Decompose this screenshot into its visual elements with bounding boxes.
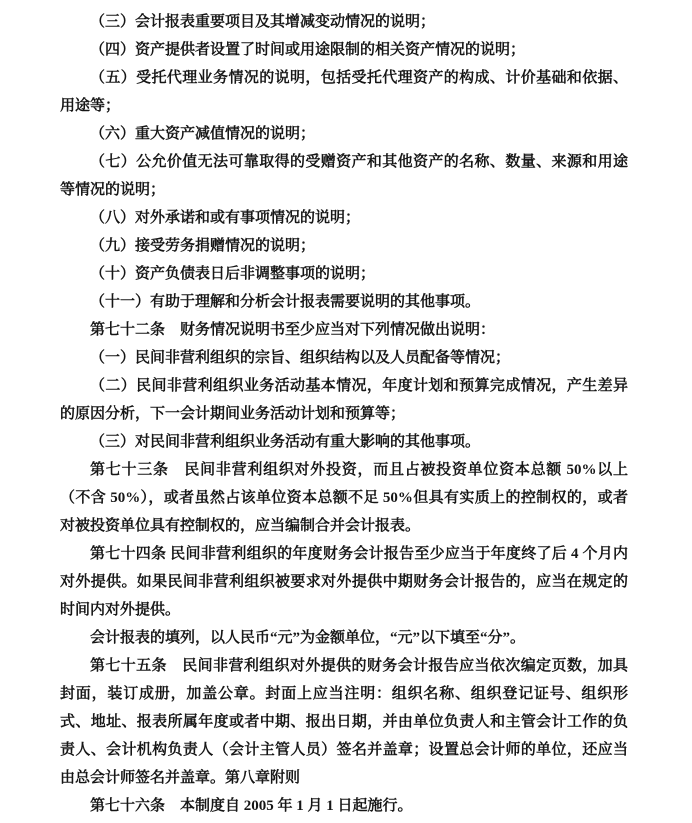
paragraph-item-10: （十）资产负债表日后非调整事项的说明；: [60, 260, 628, 288]
paragraph-item-6: （六）重大资产减值情况的说明；: [60, 120, 628, 148]
paragraph-article-72: 第七十二条 财务情况说明书至少应当对下列情况做出说明：: [60, 316, 628, 344]
paragraph-item-7: （七）公允价值无法可靠取得的受赠资产和其他资产的名称、数量、来源和用途等情况的说…: [60, 148, 628, 204]
paragraph-article-76: 第七十六条 本制度自 2005 年 1 月 1 日起施行。: [60, 792, 628, 820]
paragraph-item-5: （五）受托代理业务情况的说明，包括受托代理资产的构成、计价基础和依据、用途等；: [60, 64, 628, 120]
paragraph-item-11: （十一）有助于理解和分析会计报表需要说明的其他事项。: [60, 288, 628, 316]
paragraph-item-3: （三）会计报表重要项目及其增减变动情况的说明；: [60, 8, 628, 36]
paragraph-article-73: 第七十三条 民间非营利组织对外投资，而且占被投资单位资本总额 50%以上（不含 …: [60, 456, 628, 540]
paragraph-item-4: （四）资产提供者设置了时间或用途限制的相关资产情况的说明；: [60, 36, 628, 64]
document-page: （三）会计报表重要项目及其增减变动情况的说明； （四）资产提供者设置了时间或用途…: [0, 0, 692, 823]
paragraph-item-9: （九）接受劳务捐赠情况的说明；: [60, 232, 628, 260]
paragraph-article-72-item-1: （一）民间非营利组织的宗旨、组织结构以及人员配备等情况；: [60, 344, 628, 372]
paragraph-item-8: （八）对外承诺和或有事项情况的说明；: [60, 204, 628, 232]
paragraph-article-75: 第七十五条 民间非营利组织对外提供的财务会计报告应当依次编定页数，加具封面，装订…: [60, 652, 628, 792]
paragraph-article-74: 第七十四条 民间非营利组织的年度财务会计报告至少应当于年度终了后 4 个月内对外…: [60, 540, 628, 624]
paragraph-article-74-note: 会计报表的填列，以人民币“元”为金额单位，“元”以下填至“分”。: [60, 624, 628, 652]
paragraph-article-72-item-3: （三）对民间非营利组织业务活动有重大影响的其他事项。: [60, 428, 628, 456]
paragraph-article-72-item-2: （二）民间非营利组织业务活动基本情况，年度计划和预算完成情况，产生差异的原因分析…: [60, 372, 628, 428]
